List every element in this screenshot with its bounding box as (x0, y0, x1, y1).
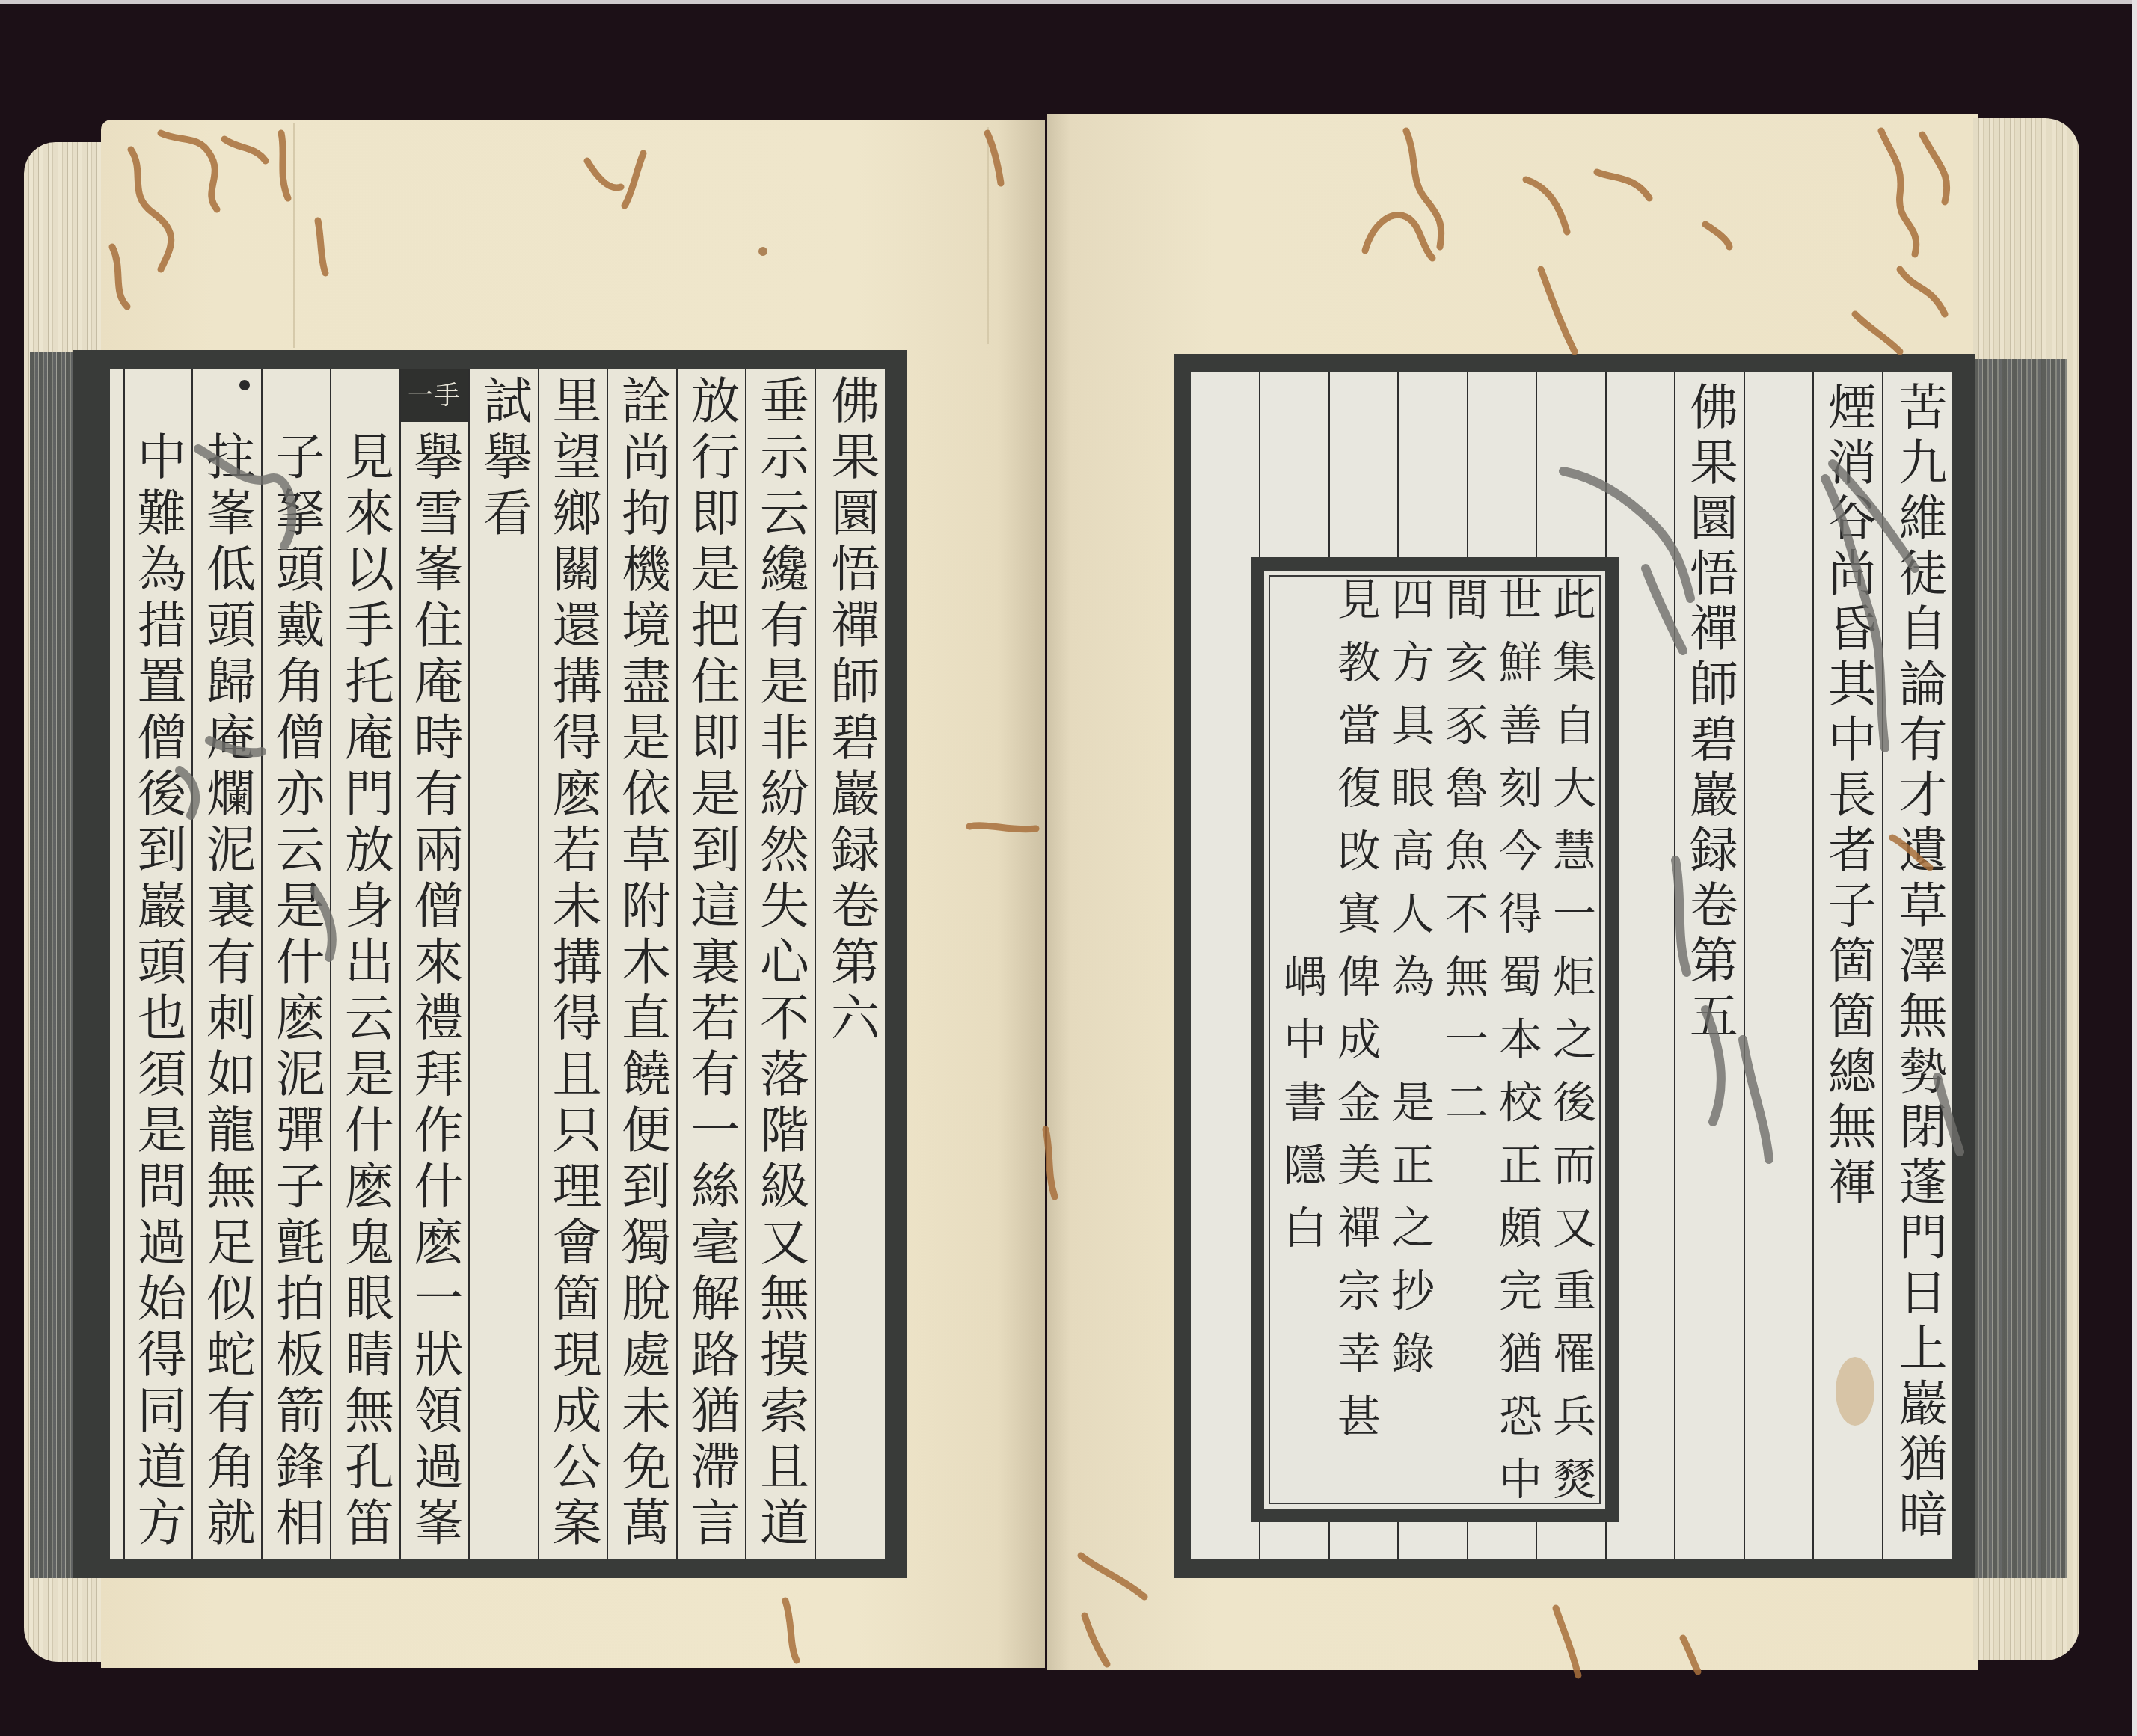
right-page-print-frame: 苦九維徒自論有才遺草澤無勢閉蓬門日上巖猶暗 煙消谷尚昏其中長者子箇箇總無褌 佛果… (1174, 354, 1975, 1578)
left-page-print-frame: 佛果圜悟禪師碧巖録卷第六 垂示云纔有是非紛然失心不落階級又無摸索且道 放行即是把… (73, 350, 907, 1578)
text-column-content: 擧雪峯住庵時有兩僧來禮拜作什麽一狀領過峯 (405, 431, 463, 1553)
case-marker-label: 一手 (401, 369, 469, 422)
scan-top-edge (0, 0, 2137, 4)
colophon-column: 此集自大慧一炬之後而又重罹兵燹 (1544, 571, 1598, 1509)
case-text-column: 一手 擧雪峯住庵時有兩僧來禮拜作什麽一狀領過峯 (401, 369, 470, 1559)
text-column: 苦九維徒自論有才遺草澤無勢閉蓬門日上巖猶暗 (1883, 372, 1953, 1559)
volume-end-title-column: 佛果圜悟禪師碧巖録卷第五 (1675, 372, 1745, 1559)
left-page-columns: 佛果圜悟禪師碧巖録卷第六 垂示云纔有是非紛然失心不落階級又無摸索且道 放行即是把… (123, 369, 885, 1559)
colophon-box: 此集自大慧一炬之後而又重罹兵燹 世鮮善刻今得蜀本校正頗完猶恐中 間亥豕魯魚不無一… (1251, 557, 1619, 1522)
colophon-column: 世鮮善刻今得蜀本校正頗完猶恐中 (1490, 571, 1544, 1509)
text-column: 子拏頭戴角僧亦云是什麽泥彈子氈拍板箭鋒相 (263, 369, 332, 1559)
text-column: 垂示云纔有是非紛然失心不落階級又無摸索且道 (746, 369, 816, 1559)
scan-right-edge (2132, 0, 2137, 1736)
text-column: 煙消谷尚昏其中長者子箇箇總無褌 (1814, 372, 1883, 1559)
text-column: 試擧看 (470, 369, 539, 1559)
right-stack-frame-band (1973, 359, 2067, 1578)
text-column: 見來以手托庵門放身出云是什麽鬼眼睛無孔笛 (331, 369, 401, 1559)
colophon-signature: 嵎中書隱白 (1275, 571, 1328, 1509)
blank-column (1745, 372, 1815, 1559)
text-column: 詮尚拘機境盡是依草附木直饒便到獨脫處未免萬 (608, 369, 678, 1559)
colophon-column: 間亥豕魯魚不無一二 (1436, 571, 1490, 1509)
text-column: 拄峯低頭歸庵爛泥裏有刺如龍無足似蛇有角就 (193, 369, 263, 1559)
text-column: 中難為措置僧後到巖頭也須是問過始得同道方 (124, 369, 194, 1559)
colophon-columns: 此集自大慧一炬之後而又重罹兵燹 世鮮善刻今得蜀本校正頗完猶恐中 間亥豕魯魚不無一… (1275, 571, 1598, 1509)
text-column: 里望鄉關還搆得麽若未搆得且只理會箇現成公案 (539, 369, 609, 1559)
volume-title-column: 佛果圜悟禪師碧巖録卷第六 (816, 369, 886, 1559)
paper-crease (293, 123, 295, 348)
text-column: 放行即是把住即是到這裏若有一絲毫解路猶滯言 (678, 369, 747, 1559)
colophon-column: 見教當復攺寘俾成金美禪宗幸甚 (1328, 571, 1382, 1509)
colophon-column: 四方具眼高人為 是正之抄錄 (1382, 571, 1436, 1509)
paper-crease (987, 127, 989, 344)
